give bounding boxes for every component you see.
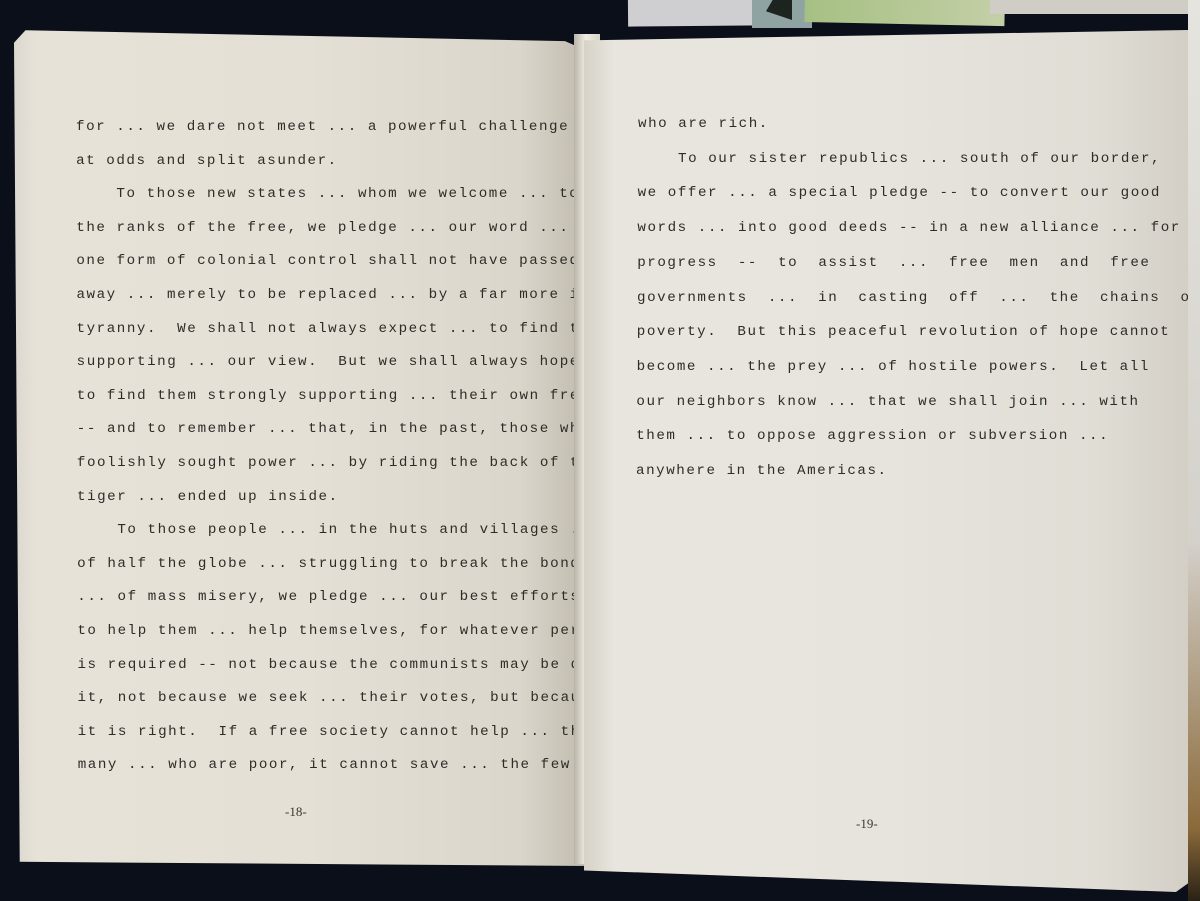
- text-line: words ... into good deeds -- in a new al…: [637, 221, 1180, 235]
- text-line: away ... merely to be replaced ... by a …: [76, 288, 609, 302]
- text-line: poverty. But this peaceful revolution of…: [637, 325, 1170, 339]
- text-line: of half the globe ... struggling to brea…: [77, 557, 590, 571]
- text-line: ... of mass misery, we pledge ... our be…: [77, 590, 620, 604]
- text-line: supporting ... our view. But we shall al…: [77, 355, 620, 369]
- text-line: governments ... in casting off ... the c…: [637, 291, 1200, 305]
- text-line: To those people ... in the huts and vill…: [77, 523, 600, 537]
- text-line: progress -- to assist ... free men and f…: [637, 256, 1150, 270]
- text-line: them ... to oppose aggression or subvers…: [636, 429, 1109, 443]
- text-line: To those new states ... whom we welcome …: [76, 187, 579, 201]
- background-paper-graphic: [752, 0, 812, 28]
- text-line: it, not because we seek ... their votes,…: [78, 691, 601, 705]
- text-line: to help them ... help themselves, for wh…: [77, 624, 610, 638]
- right-page: who are rich. To our sister republics ..…: [584, 30, 1188, 892]
- text-line: is required -- not because the communist…: [77, 658, 620, 672]
- text-line: one form of colonial control shall not h…: [76, 254, 579, 268]
- text-line: To our sister republics ... south of our…: [638, 152, 1161, 166]
- text-line: become ... the prey ... of hostile power…: [637, 360, 1150, 374]
- text-line: the ranks of the free, we pledge ... our…: [76, 221, 619, 235]
- text-line: tyranny. We shall not always expect ... …: [77, 322, 610, 336]
- background-paper: [990, 0, 1200, 14]
- text-line: tiger ... ended up inside.: [77, 490, 339, 504]
- page-number-right: -19-: [856, 816, 878, 832]
- text-line: -- and to remember ... that, in the past…: [77, 422, 590, 436]
- text-line: many ... who are poor, it cannot save ..…: [78, 758, 611, 772]
- text-line: for ... we dare not meet ... a powerful …: [76, 120, 609, 134]
- background-paper: [628, 0, 768, 27]
- text-line: it is right. If a free society cannot he…: [78, 725, 591, 739]
- text-line: who are rich.: [638, 117, 769, 131]
- text-line: anywhere in the Americas.: [636, 464, 888, 478]
- background-green-paper: [804, 0, 1005, 26]
- text-line: foolishly sought power ... by riding the…: [77, 456, 600, 470]
- text-line: to find them strongly supporting ... the…: [77, 389, 620, 403]
- page-number-left: -18-: [285, 804, 307, 820]
- text-line: at odds and split asunder.: [76, 154, 338, 168]
- text-line: our neighbors know ... that we shall joi…: [636, 395, 1139, 409]
- left-page: for ... we dare not meet ... a powerful …: [14, 26, 588, 866]
- background-edge: [1188, 0, 1200, 901]
- text-line: we offer ... a special pledge -- to conv…: [638, 186, 1161, 200]
